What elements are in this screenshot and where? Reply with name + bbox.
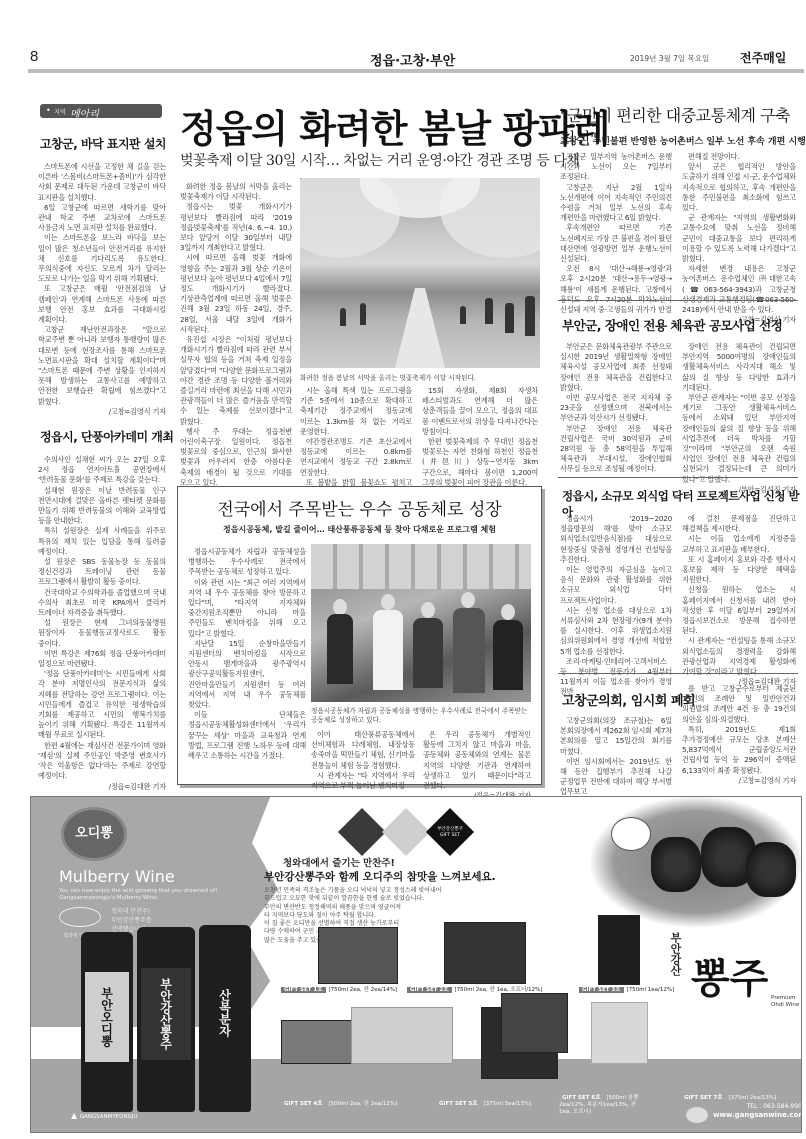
- badge-line: GIFT SET: [428, 833, 472, 839]
- gift-desc: [375ml 2ea/13%]: [729, 1095, 777, 1101]
- paragraph: 시는 이들 업소에게 지정증을 교부하고 표지판을 배부한다.: [682, 534, 796, 554]
- column-tag: • 지역 메아리: [40, 104, 162, 118]
- gift-tag: GIFT SET 3호: [579, 987, 624, 993]
- telephone: TEL : 063-584-9900: [713, 1103, 802, 1111]
- subheadline-transport: 고창군, 주민불편 반영한 농어촌버스 일부 노선 후속 개편 시행: [560, 134, 806, 147]
- gift-desc: [750ml 2ea, 잔 2ea/14%]: [329, 987, 398, 993]
- paragraph: 후속개편안 따르면 기존 노선폐지로 가장 큰 불편을 겪어 왔던 대산면에 영…: [560, 223, 672, 264]
- main-headline: 정읍의 화려한 봄날 팡파레: [180, 98, 609, 153]
- paragraph: 행사 주 무대는 정읍천변 어린이축구장 일원이다. 정읍천 벚꽃로의 중심으로…: [180, 427, 292, 488]
- paragraph: 건국대학교 수의학과를 졸업했으며 국내 수의사 최초로 미국 KPA에서 클리…: [38, 588, 166, 619]
- paragraph: 부안군 장애인 전용 체육관 건립사업은 국비 30억원과 군비 28억원 등 …: [560, 424, 672, 475]
- paragraph: 이어 태산풍류공동체에서 선비체험과 다례체험, 내장상동 송죽마을 떡만들기 …: [311, 730, 415, 771]
- copy-line: 부안강산뽕주를: [111, 916, 152, 925]
- article-body-academy: 수의사인 설채현 씨가 오는 27일 오후 2시 정읍 연지아트홀 공연장에서 …: [38, 455, 166, 792]
- council-col2: 를 받고 고창군수로부터 제출된 15건의 조례안 및 일반안건과 의원발의 조…: [682, 684, 796, 786]
- gift-set-5-image[interactable]: [351, 1007, 453, 1064]
- main-article-col3: 15회 자생화, 제8회 자생차 페스티벌과도 연계해 더 많은 상춘객들을 끌…: [422, 386, 538, 498]
- council-col1: 고창군의회(의장 조규철)는 6일 본회의장에서 제262회 임시회 제7차 본…: [560, 716, 672, 798]
- bottle-ohdi-ppong[interactable]: 부안오디뽕: [81, 932, 133, 1112]
- paragraph: 고창군 재난안전과장은 "앞으로 학교주변 뿐 아니라 보행자 통행량이 많은 …: [38, 325, 166, 407]
- transport-col1: 고창군 일부지역 농어촌버스 운행 시간과 노선이 오는 7일부터 조정된다. …: [560, 152, 672, 315]
- paragraph: 장애인 전용 체육관이 건립되면 부안지역 5000여명의 장애인들의 생활체육…: [682, 342, 796, 393]
- paragraph: 정읍시는 벚꽃 개화시기가 평년보다 빨라짐에 따라 '2019 정읍벚꽃축제'…: [180, 202, 292, 253]
- paragraph: 지난달 15일 순창마을만들기 지원센터의 벤치마킹을 시작으로 안동시 맴게마…: [188, 639, 306, 710]
- paragraph: 수의사인 설채현 씨가 오는 27일 오후 2시 정읍 연지아트홀 공연장에서 …: [38, 455, 166, 486]
- paragraph: 군 관계자는 "지역의 생활변화와 교통수요에 맞춰 노선을 정비해 군민이 대…: [682, 213, 796, 264]
- paragraph: 자세한 변경 내용은 고창군 농어촌버스 운수업체인 ㈜대한고속(☎063-56…: [682, 264, 796, 315]
- gift-set-4-label: GIFT SET 4호[500ml 2ea, 잔 2ea/12%]: [281, 1099, 397, 1107]
- brand-name-english: Premium Ohdi Wine: [771, 995, 799, 1009]
- paragraph: 정읍시가 '2019~2020 정읍방문의 해'를 맞아 소규모 외식업소(일반…: [560, 514, 672, 565]
- paragraph: 설 원장은 SBS 동물농장 등 동물의 정신건강과 트레이닝 관련 동물 프로…: [38, 557, 166, 588]
- paragraph: 한편 벚꽃축제의 주 무대인 정읍천 벚꽃로는 자연 친화형 하천인 정읍천(井…: [422, 437, 538, 488]
- headline-gochang-sign: 고창군, 바닥 표지판 설치: [40, 135, 166, 152]
- paragraph: 유진섭 시장은 "이처럼 평년보다 개화시기가 빨라짐에 따라 관련 부서 실무…: [180, 335, 292, 427]
- paragraph: 앞서 군은 협리적인 방안을 도출하기 위해 인접 시·군, 운수업체와 지속적…: [682, 162, 796, 213]
- gift-set-2-label: GIFT SET 2호[750ml 2ea, 잔 1ea, 오프너/12%]: [407, 985, 543, 993]
- paragraph: 부안군 관계자는 "이번 공모 선정을 계기로 그동안 생활체육서비스 등에서 …: [682, 393, 796, 485]
- bottle-bokbunja[interactable]: 산복분자: [199, 925, 251, 1112]
- gift-tag: GIFT SET 4호: [281, 1101, 326, 1107]
- gym-col1: 부안군은 문화체육관광부 주관으로 실시한 2019년 생활밀착형 장애인 체육…: [560, 342, 672, 475]
- paragraph: 시 관계자는 "타 지역에서 우리 지역으로 부쩍 늘어난 벤치마킹: [311, 771, 415, 791]
- divider: [558, 673, 798, 674]
- byline: /고창=김영식 기자: [682, 776, 796, 786]
- community-photo-caption: 정읍시공동체가 자립과 공동체성을 병행하는 우수사례로 전국에서 주목받는 공…: [311, 707, 533, 725]
- paragraph: 고창군의회(의장 조규철)는 6일 본회의장에서 제262회 임시회 제7차 본…: [560, 716, 672, 757]
- paragraph: 편해질 전망이다.: [682, 152, 796, 162]
- gift-desc: [750ml 1ea/12%]: [627, 987, 675, 993]
- mascot-icon: [611, 817, 651, 851]
- paragraph: 화려한 정읍 봄날의 서막을 올리는 벚꽃축제가 이달 시작된다.: [180, 182, 292, 202]
- brand-en-line: Ohdi Wine: [771, 1002, 799, 1009]
- paragraph: 6일 고창군에 따르면 새학기를 맞아 관내 학교 주변 교차로에 스마트폰 사…: [38, 203, 166, 234]
- paragraph: '정읍 단풍아카데미'는 시민들에게 사회 각 분야 저명인사의 전문지식과 삶…: [38, 669, 166, 740]
- paragraph: 야간경관조명도 기존 초산교에서 정동교에 이르는 0.8km를 연지교에서 정…: [300, 437, 412, 478]
- paragraph: 시는 신청 업소를 대상으로 1차 서류심사와 2차 현장평가(9개 분야)를 …: [560, 606, 672, 657]
- paragraph: 시에 따르면 올해 벚꽃 개화에 영향을 주는 2월과 3월 상순 기온이 평년…: [180, 253, 292, 335]
- paragraph: 설채현 원장은 이날 반려동물 인구 천만시대에 걸맞은 올바른 펫티켓 문화를…: [38, 486, 166, 527]
- paragraph: 한편 4월에는 재심사건 전문가이며 영화 '재심'의 실제 주인공인 박준영 …: [38, 741, 166, 782]
- headline-gym: 부안군, 장애인 전용 체육관 공모사업 선정: [562, 316, 782, 334]
- paragraph: 부안군은 문화체육관광부 주관으로 실시한 2019년 생활밀착형 장애인 체육…: [560, 342, 672, 393]
- paragraph: 이번 특강은 제76회 정읍 단풍아카데미 일정으로 마련됐다.: [38, 649, 166, 669]
- brand-name-vertical: 부안강산: [669, 932, 681, 976]
- byline: /정읍=김대완 기자: [38, 782, 166, 792]
- paragraph: 이들 단체들은 정읍시공동체활성화센터에서 '우리가 꿈꾸는 세상' 마을과 교…: [188, 710, 306, 761]
- paragraph: 또 시 홈페이지 홍보와 각종 행사시 홍보물 제작 등 다양한 혜택을 지원한…: [682, 555, 796, 586]
- paragraph: 이는 스마트폰을 보느라 바닥을 보는 일이 많은 청소년들이 안전거리를 유지…: [38, 233, 166, 284]
- community-col2: 이어 태산풍류공동체에서 선비체험과 다례체험, 내장상동 송죽마을 떡만들기 …: [311, 730, 415, 791]
- community-photo: [311, 544, 531, 702]
- copy-line: 청와대 만찬주!: [111, 907, 152, 916]
- bottle-label: 부안강산뽕주: [141, 968, 191, 1061]
- gift-set-6-box: [501, 993, 568, 1053]
- website-link[interactable]: www.gangsanwine.com: [713, 1111, 802, 1119]
- article-body-gochang-sign: 스마트폰에 시선을 고정한 채 길을 걷는 이른바 '스몸비(스마트폰+좀비)'…: [38, 162, 166, 417]
- logo-text: 오디뽕: [75, 826, 113, 841]
- paragraph: 시는 올해 특색 있는 프로그램을 기존 5종에서 10종으로 확대하고 축제기…: [300, 386, 412, 437]
- doctor-col1: 정읍시가 '2019~2020 정읍방문의 해'를 맞아 소규모 외식업소(일반…: [560, 514, 672, 698]
- bottle-label: 산복분자: [203, 966, 247, 1060]
- mulberry-diamond-image: [338, 808, 386, 856]
- paragraph: 고창군은 지난 2월 1일자 노선개편에 이어 지속적인 주민의견 수렴을 거쳐…: [560, 183, 672, 224]
- paragraph: 15회 자생화, 제8회 자생차 페스티벌과도 연계해 더 많은 상춘객들을 끌…: [422, 386, 538, 437]
- ad-headline-1: 청와대에서 즐기는 만찬주!: [283, 855, 395, 869]
- paragraph: 이는 영업주의 자긍심을 높이고 음식 문화와 관광 활성화를 위한 소규모 외…: [560, 565, 672, 606]
- gift-set-5-label: GIFT SET 5호[375ml 5ea/13%]: [436, 1099, 531, 1107]
- copy-line: 타 지역보다 당도와 질이 아주 탁월 합니다.: [264, 912, 442, 920]
- gift-set-3-label: GIFT SET 3호[750ml 1ea/12%]: [579, 985, 674, 993]
- company-logo-icon: [686, 1107, 708, 1123]
- paragraph: 이와 관련 시는 "최근 여러 지역에서 지역 내 우수 공동체를 찾아 방문하…: [188, 578, 306, 639]
- blue-house-emblem-icon: [59, 907, 101, 927]
- paragraph: 에 걸친 문제점을 진단하고 해결책을 제시한다.: [682, 514, 796, 534]
- tag-label-big: 메아리: [70, 105, 99, 120]
- paragraph: 신청을 원하는 업소는 시 홈페이지에서 신청서를 내려 받아 작성한 후 이달…: [682, 585, 796, 636]
- divider: [558, 300, 798, 301]
- bullet-icon: •: [46, 106, 51, 115]
- brand-en-line: Premium: [771, 995, 799, 1002]
- gift-set-3-image[interactable]: [598, 915, 640, 985]
- paragraph: 시 관계자는 "컨설팅을 통해 소규모 외식업소들의 경쟁력을 강화해 관광산업…: [682, 636, 796, 677]
- gift-set-1-image[interactable]: [318, 927, 398, 984]
- gift-tag: GIFT SET 2호: [407, 987, 452, 993]
- gift-set-7-image[interactable]: [591, 1002, 648, 1064]
- tag-label-small: 지역: [54, 107, 66, 116]
- paragraph: 고창군 일부지역 농어촌버스 운행 시간과 노선이 오는 7일부터 조정된다.: [560, 152, 672, 183]
- community-col3: 은 우리 공동체가 개별적인 활동에 그치지 않고 마을과 마을, 공동체와 공…: [423, 730, 531, 801]
- header-rule: [28, 69, 804, 73]
- main-subheadline: 벚꽃축제 이달 30일 시작… 차없는 거리 운영·야간 경관 조명 등 다채: [180, 150, 579, 170]
- cherry-blossom-photo: [300, 178, 540, 368]
- mulberry-leaf-image: [591, 797, 801, 927]
- page-number: 8: [30, 48, 38, 65]
- brand-footer-logo: ▲ GANGSANMYEONGJU: [71, 1111, 138, 1120]
- byline: /고창=김영식 기자: [38, 407, 166, 417]
- community-headline: 전국에서 주목받는 우수 공동체로 성장: [178, 495, 541, 520]
- ad-title-english: Mulberry Wine: [59, 867, 175, 886]
- paragraph: 를 받고 고창군수로부터 제출된 15건의 조례안 및 일반안건과 의원발의 조…: [682, 684, 796, 725]
- gift-tag: GIFT SET 6호: [559, 1095, 604, 1101]
- ad-subtitle-english: You can now enjoy the wild ginseng that …: [59, 888, 217, 902]
- gift-desc: [375ml 5ea/13%]: [484, 1101, 532, 1107]
- divider: [558, 477, 798, 478]
- contact-info: TEL : 063-584-9900 www.gangsanwine.com: [713, 1103, 802, 1119]
- copy-line: 부드럽고 오묘한 맛에 뒤끝이 깔끔한을 한병 술로 빚었습니다.: [264, 895, 442, 903]
- photo-caption: 화려한 정읍 봄날의 서막을 올리는 벚꽃축제가 이달 시작된다.: [300, 372, 476, 382]
- brand-logo: 오디뽕: [61, 807, 127, 861]
- brand-footer-text: GANGSANMYEONGJU: [80, 1114, 138, 1120]
- community-subheadline: 정읍시공동체, 발길 줄이어… 태산풍류공동체 등 찾아 다채로운 프로그램 체…: [178, 524, 541, 535]
- mulberry-wine-advertisement[interactable]: 오디뽕 Mulberry Wine You can now enjoy the …: [30, 796, 802, 1133]
- headline-academy: 정읍시, 단풍아카데미 개최: [40, 428, 173, 445]
- gift-set-1-label: GIFT SET 1호[750ml 2ea, 잔 2ea/14%]: [281, 985, 397, 993]
- gift-desc: [500ml 2ea, 잔 2ea/12%]: [329, 1101, 398, 1107]
- gift-set-7-label: GIFT SET 7호[375ml 2ea/13%]: [681, 1093, 776, 1101]
- subtitle-line: You can now enjoy the wild ginseng that …: [59, 888, 217, 895]
- issue-date: 2019년 3월 7일 목요일: [630, 53, 709, 64]
- headline-council: 고창군의회, 임시회 폐회: [562, 690, 695, 709]
- paragraph: 특히, 2019년도 제1회 추가경정예산 규모는 당초 본예산 5,837억에…: [682, 725, 796, 776]
- gift-tag: GIFT SET 5호: [436, 1101, 481, 1107]
- paragraph: 또 고창군은 매월 '안전점검의 날 캠페인'과 연계해 스마트폰 사용에 따른…: [38, 284, 166, 325]
- gift-tag: GIFT SET 1호: [281, 987, 326, 993]
- bottle-label: 부안오디뽕: [85, 972, 129, 1062]
- paragraph: 설 원장은 현재 그녀의동물병원 원장이자 동물행동교정사로도 활동 중이다.: [38, 618, 166, 649]
- newspaper-name: 전주매일: [740, 49, 786, 66]
- paragraph: 정읍시공동체가 자립과 공동체성을 병행하는 우수사례로 전국에서 주목받는 공…: [188, 547, 306, 578]
- gift-set-6-label: GIFT SET 6호[500ml 참뽕2ea/12%, 복분자1ea/13%,…: [559, 1095, 649, 1116]
- bottle-gangsan-ppongju[interactable]: 부안강산뽕주: [137, 927, 195, 1112]
- paragraph: 이번 공모사업은 전국 지자체 중 23곳을 선정했으며 전북에서는 부안군과 …: [560, 393, 672, 424]
- gift-set-badge-text: 부안강산뽕주 GIFT SET: [428, 827, 472, 839]
- paragraph: 은 우리 공동체가 개별적인 활동에 그치지 않고 마을과 마을, 공동체와 공…: [423, 730, 531, 791]
- main-article-col1: 화려한 정읍 봄날의 서막을 올리는 벚꽃축제가 이달 시작된다. 정읍시는 벚…: [180, 182, 292, 488]
- gift-set-2-image[interactable]: [444, 922, 526, 984]
- paragraph: 특히 설원장은 실제 사례들을 위주로 특유의 재치 있는 입담을 통해 들려줄…: [38, 526, 166, 557]
- fruit-diamond-image: [382, 808, 430, 856]
- paragraph: 오전 8시 '대산→해룡→영광'과 오후 2시20분 '대산→용두→영광→해룡'…: [560, 264, 672, 315]
- paragraph: 스마트폰에 시선을 고정한 채 길을 걷는 이른바 '스몸비(스마트폰+좀비)'…: [38, 162, 166, 203]
- ad-headline-2: 부안강산뽕주와 함께 오디주의 참맛을 느껴보세요.: [264, 869, 496, 884]
- gift-tag: GIFT SET 7호: [681, 1095, 726, 1101]
- copy-line: 부안의 변산반도 청정해역의 해풍을 맞으며 영글어져: [264, 904, 442, 912]
- section-title: 정읍·고창·부안: [370, 50, 455, 69]
- community-col1: 정읍시공동체가 자립과 공동체성을 병행하는 우수사례로 전국에서 주목받는 공…: [188, 547, 306, 761]
- paragraph: 이번 임시회에서는 2019년도 한 해 동안 집행부가 추진해 나갈 군정업무…: [560, 757, 672, 798]
- subtitle-line: Gangsanmyeongju's Mulberry Wine.: [59, 895, 217, 902]
- brand-name-big: 뽕주: [691, 947, 768, 1004]
- community-article-box: 전국에서 주목받는 우수 공동체로 성장 정읍시공동체, 발길 줄이어… 태산풍…: [177, 486, 542, 785]
- gym-col2: 장애인 전용 체육관이 건립되면 부안지역 5000여명의 장애인들의 생활체육…: [682, 342, 796, 495]
- doctor-col2: 에 걸친 문제점을 진단하고 해결책을 제시한다. 시는 이들 업소에게 지정증…: [682, 514, 796, 687]
